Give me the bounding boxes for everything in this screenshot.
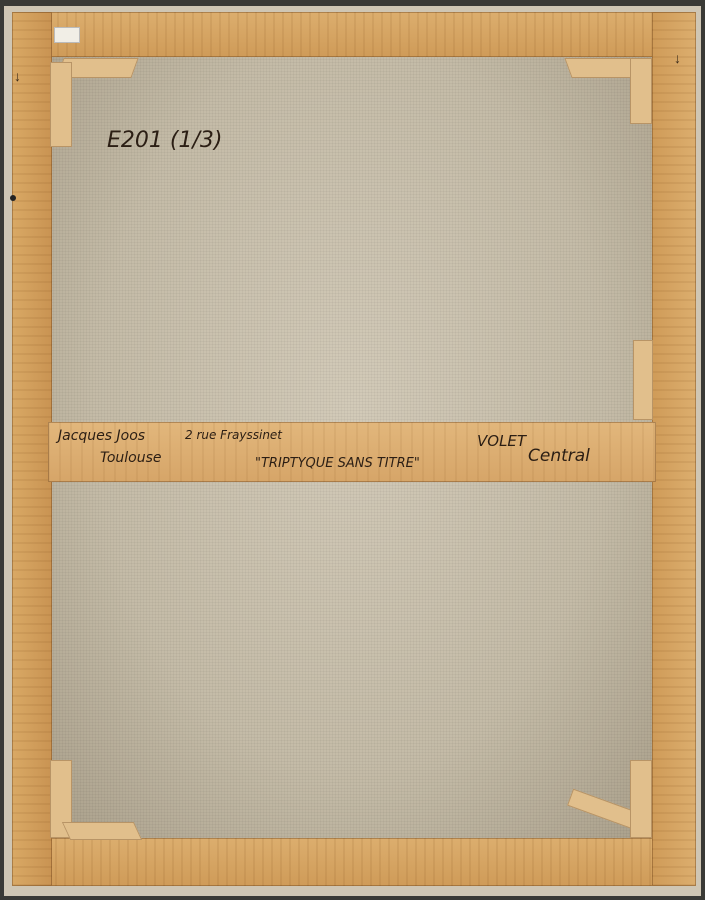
- artist-name: Jacques Joos: [58, 428, 145, 444]
- artist-address: 2 rue Frayssinet: [185, 428, 282, 442]
- stretcher-right-bar: [652, 12, 696, 886]
- nail-head: [10, 195, 16, 201]
- stretcher-bottom-bar: [46, 838, 660, 886]
- inventory-mark: E201 (1/3): [107, 128, 222, 153]
- arrow-down-icon-left: ↓: [14, 68, 21, 84]
- corner-key-bottom-right-v: [630, 760, 652, 838]
- corner-key-top-right-v: [630, 58, 652, 124]
- crossbar-key-right: [633, 340, 653, 420]
- artist-city: Toulouse: [100, 450, 162, 466]
- stretcher-left-bar: [12, 12, 52, 886]
- panel-label-central: Central: [528, 446, 590, 466]
- panel-label-volet: VOLET: [477, 432, 526, 450]
- corner-key-top-left-v: [50, 62, 72, 147]
- inventory-sticker: [54, 27, 80, 43]
- stretcher-top-bar: [12, 12, 695, 57]
- corner-key-bottom-left-h: [62, 822, 142, 840]
- artwork-title: "TRIPTYQUE SANS TITRE": [255, 456, 420, 471]
- arrow-down-icon-right: ↓: [674, 50, 681, 66]
